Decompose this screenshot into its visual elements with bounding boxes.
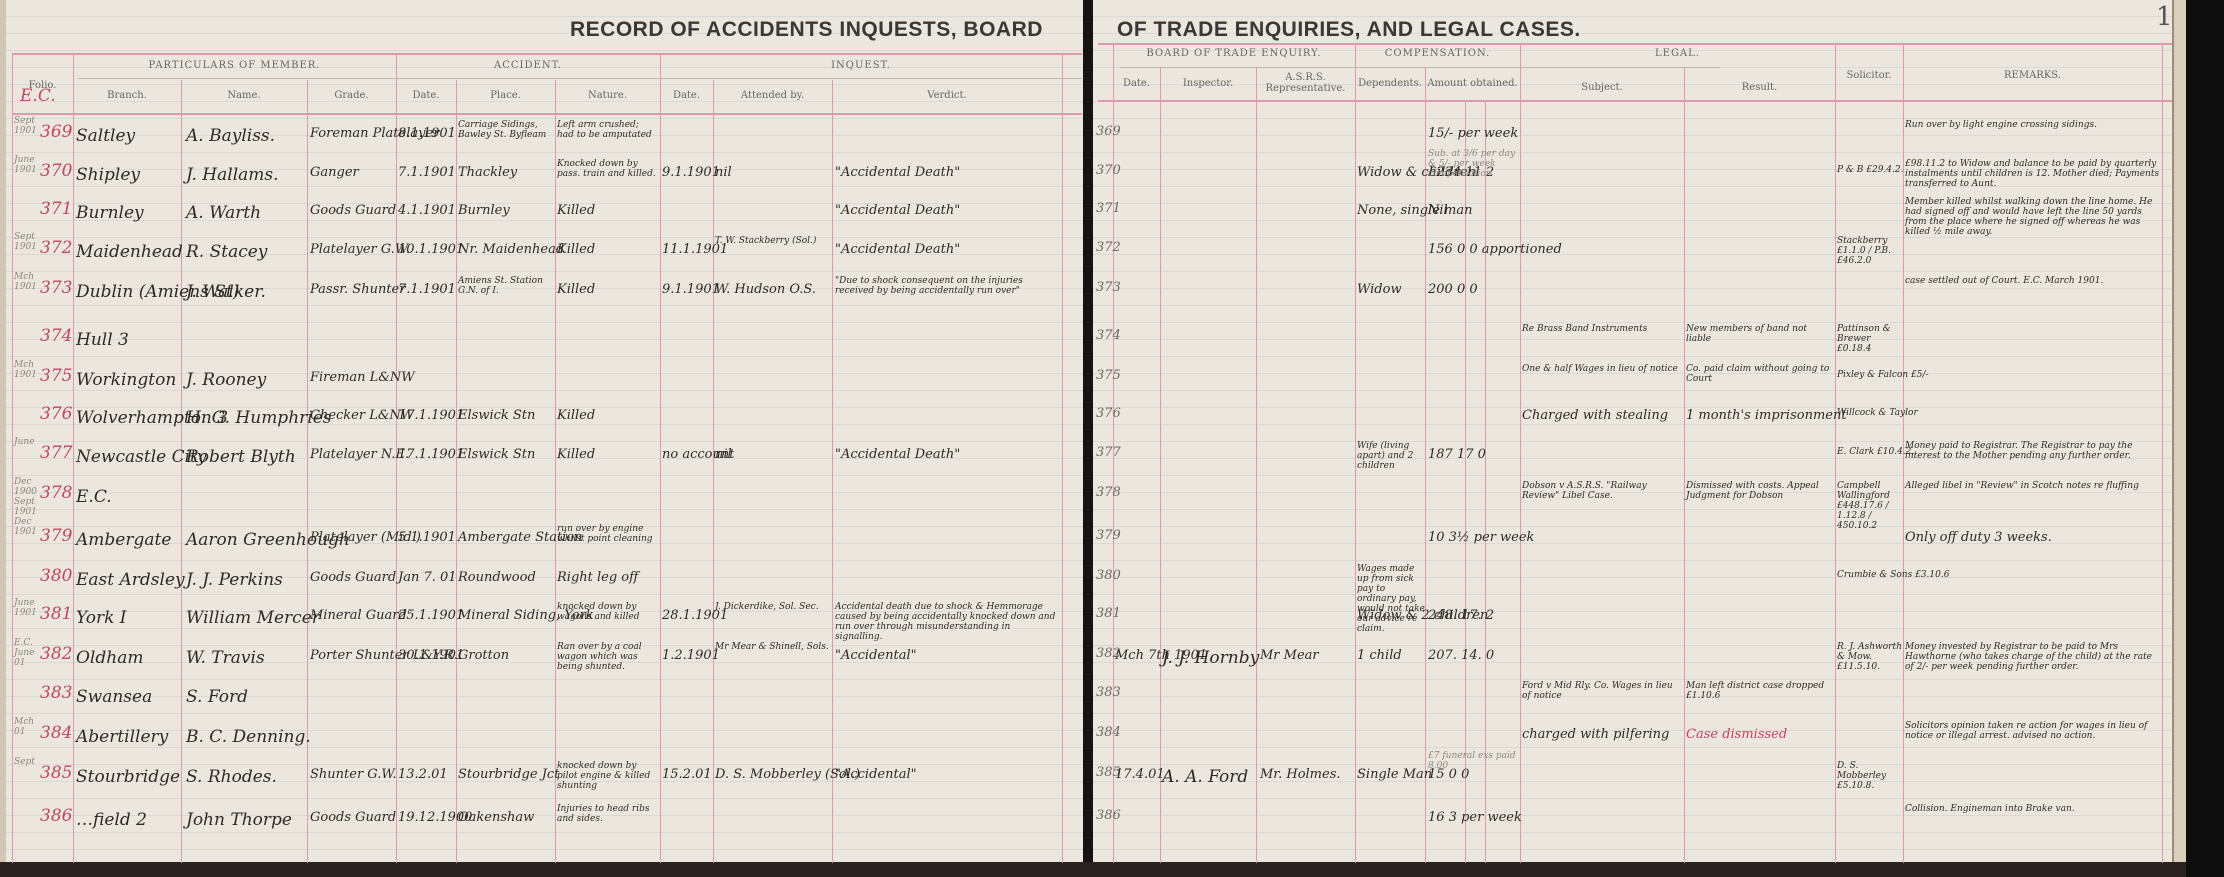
- cell-verdict: "Accidental Death": [835, 447, 960, 462]
- row-folio-number-right: 383: [1096, 685, 1121, 700]
- cell-acc-date: 7.1.1901: [398, 165, 456, 180]
- row-folio-number: 374: [40, 326, 72, 346]
- col-grade: Grade.: [307, 90, 396, 101]
- row-margin-note: Dec 1900 Sept 1901 Dec 1901: [14, 477, 42, 537]
- cell-branch: Stourbridge: [76, 767, 180, 787]
- col-attended-by: Attended by.: [713, 90, 832, 101]
- ledger-title-right: OF TRADE ENQUIRIES, AND LEGAL CASES.: [1117, 18, 1581, 42]
- row-folio-number: 372: [40, 238, 72, 258]
- cell-subject: charged with pilfering: [1522, 727, 1669, 742]
- cell-grade: Mineral Guard: [310, 608, 407, 623]
- header-top-rule-right: [1098, 43, 2172, 45]
- cell-dependents: 1 child: [1357, 648, 1402, 663]
- cell-branch: Abertillery: [76, 727, 168, 747]
- col-name: Name.: [181, 90, 307, 101]
- row-folio-number-right: 370: [1096, 163, 1121, 178]
- col-nature: Nature.: [555, 90, 660, 101]
- col-branch: Branch.: [73, 90, 181, 101]
- col-remarks: REMARKS.: [1903, 70, 2162, 81]
- cell-name: J. J. Perkins: [186, 570, 283, 590]
- cell-result: Dismissed with costs. Appeal Judgment fo…: [1686, 481, 1834, 501]
- header-top-rule: [12, 53, 1082, 55]
- cell-dependents: None, single man: [1357, 203, 1473, 218]
- cell-verdict: "Accidental Death": [835, 242, 960, 257]
- row-folio-number: 385: [40, 763, 72, 783]
- row-folio-number: 379: [40, 526, 72, 546]
- cell-dependents: Wages made up from sick pay to ordinary …: [1357, 564, 1425, 634]
- cell-remarks: Collision. Engineman into Brake van.: [1905, 804, 2160, 814]
- cell-attended-by: T. W. Stackberry (Sol.): [715, 236, 830, 246]
- cell-remarks: Only off duty 3 weeks.: [1905, 530, 2052, 545]
- cell-asrs-rep: Mr. Holmes.: [1260, 767, 1341, 782]
- cell-amount: 16 3 per week: [1428, 810, 1522, 825]
- cell-result: New members of band not liable: [1686, 324, 1834, 344]
- cell-grade: Shunter G.W.: [310, 767, 397, 782]
- book-cover-bottom: [0, 862, 2186, 877]
- cell-amount: Nil: [1428, 203, 1448, 218]
- cell-grade: Ganger: [310, 165, 359, 180]
- cell-subject: Dobson v A.S.R.S. "Railway Review" Libel…: [1522, 481, 1682, 501]
- cell-amount: 15/- per week: [1428, 126, 1518, 141]
- cell-nature: Left arm crushed; had to be amputated: [557, 120, 657, 140]
- group-accident: ACCIDENT.: [396, 60, 660, 71]
- cell-grade: Passr. Shunter: [310, 282, 405, 297]
- group-rule-right: [1120, 67, 1720, 68]
- cell-name: S. Rhodes.: [186, 767, 277, 787]
- cell-result: Co. paid claim without going to Court: [1686, 364, 1834, 384]
- cell-acc-date: 17.1.1901: [398, 447, 464, 462]
- cell-attended-by: J. Dickerdike, Sol. Sec.: [715, 602, 830, 612]
- cell-acc-date: 30.1.1901: [398, 648, 464, 663]
- cell-verdict: "Accidental": [835, 648, 917, 663]
- row-folio-number: 371: [40, 199, 72, 219]
- cell-inq-date: 1.2.1901: [662, 648, 720, 663]
- group-particulars: PARTICULARS OF MEMBER.: [73, 60, 396, 71]
- cell-dependents: Single Man: [1357, 767, 1432, 782]
- cell-acc-date: 17.1.1901: [398, 408, 464, 423]
- cell-branch: Swansea: [76, 687, 152, 707]
- col-amount: Amount obtained.: [1425, 78, 1520, 89]
- book-gutter: [1083, 0, 1093, 866]
- row-folio-number: 369: [40, 122, 72, 142]
- row-folio-number: 382: [40, 644, 72, 664]
- cell-grade: Goods Guard: [310, 570, 396, 585]
- row-margin-note: E.C. June 01: [14, 638, 42, 668]
- cell-branch: Workington: [76, 370, 176, 390]
- cell-inspector: A. A. Ford: [1162, 767, 1248, 787]
- col-place: Place.: [456, 90, 555, 101]
- row-folio-number-right: 377: [1096, 445, 1121, 460]
- cell-inq-date: 9.1.1901: [662, 282, 720, 297]
- cell-name: J. Rooney: [186, 370, 266, 390]
- cell-acc-date: 7.1.1901: [398, 282, 456, 297]
- cell-nature: knocked down by wagons and killed: [557, 602, 657, 622]
- cell-name: J. Hallams.: [186, 165, 279, 185]
- cell-branch: E.C.: [76, 487, 112, 507]
- cell-acc-date: 10.1.1901: [398, 242, 464, 257]
- cell-remarks: case settled out of Court. E.C. March 19…: [1905, 276, 2160, 286]
- cell-nature: knocked down by pilot engine & killed sh…: [557, 761, 657, 791]
- cell-branch: Oldham: [76, 648, 143, 668]
- col-bot-date: Date.: [1113, 78, 1160, 89]
- cell-remarks: Member killed whilst walking down the li…: [1905, 197, 2160, 237]
- cell-remarks: Money invested by Registrar to be paid t…: [1905, 642, 2160, 672]
- row-folio-number-right: 373: [1096, 280, 1121, 295]
- cell-grade: Goods Guard: [310, 203, 396, 218]
- cell-amount-note: Sub. at 3/6 per day & 5/- per week compe…: [1428, 149, 1518, 179]
- cell-subject: Re Brass Band Instruments: [1522, 324, 1682, 334]
- cell-remarks: Alleged libel in "Review" in Scotch note…: [1905, 481, 2160, 491]
- cell-remarks: Money paid to Registrar. The Registrar t…: [1905, 441, 2160, 461]
- row-folio-number: 386: [40, 806, 72, 826]
- row-folio-number-right: 376: [1096, 406, 1121, 421]
- cell-name: A. Warth: [186, 203, 261, 223]
- cell-grade: Platelayer N.E.: [310, 447, 409, 462]
- cell-result: 1 month's imprisonment: [1686, 408, 1847, 423]
- cell-remarks: £98.11.2 to Widow and balance to be paid…: [1905, 159, 2160, 189]
- cell-solicitor: Crumbie & Sons £3.10.6: [1837, 570, 1949, 580]
- row-folio-number-right: 380: [1096, 568, 1121, 583]
- cell-amount-note: £7 funeral exs paid 8.00: [1428, 751, 1518, 771]
- cell-name: B. C. Denning.: [186, 727, 311, 747]
- row-margin-note: June 1901: [14, 598, 42, 618]
- cell-grade: Fireman L&NW: [310, 370, 415, 385]
- row-folio-number-right: 374: [1096, 328, 1121, 343]
- col-verdict: Verdict.: [832, 90, 1062, 101]
- row-folio-number-right: 372: [1096, 240, 1121, 255]
- cell-subject: One & half Wages in lieu of notice: [1522, 364, 1682, 374]
- cell-place: Nr. Maidenhead: [458, 242, 564, 257]
- cell-solicitor: Stackberry £1.1.0 / P.B. £46.2.0: [1837, 236, 1903, 266]
- cell-subject: Ford v Mid Rly. Co. Wages in lieu of not…: [1522, 681, 1682, 701]
- row-folio-number: 378: [40, 483, 72, 503]
- header-bottom-rule-right: [1098, 100, 2172, 102]
- cell-acc-date: 5.1.1901: [398, 530, 456, 545]
- cell-branch: Burnley: [76, 203, 144, 223]
- cell-verdict: "Accidental Death": [835, 203, 960, 218]
- cell-branch: Maidenhead: [76, 242, 183, 262]
- cell-verdict: "Due to shock consequent on the injuries…: [835, 276, 1060, 296]
- cell-solicitor: Pattinson & Brewer £0.18.4: [1837, 324, 1903, 354]
- row-folio-number: 375: [40, 366, 72, 386]
- cell-solicitor: P & B £29.4.2.: [1837, 165, 1903, 175]
- cell-verdict: "Accidental": [835, 767, 917, 782]
- group-rule: [78, 78, 1082, 79]
- folio-marker: E.C.: [20, 86, 56, 106]
- row-folio-number: 370: [40, 161, 72, 181]
- cell-verdict: Accidental death due to shock & Hemmorag…: [835, 602, 1060, 642]
- row-folio-number: 377: [40, 443, 72, 463]
- cell-solicitor: Willcock & Taylor: [1837, 408, 1918, 418]
- cell-asrs-rep: Mr Mear: [1260, 648, 1319, 663]
- cell-place: Burnley: [458, 203, 510, 218]
- cell-amount: 207. 14. 0: [1428, 648, 1494, 663]
- row-folio-number: 381: [40, 604, 72, 624]
- cell-nature: run over by engine whilst point cleaning: [557, 524, 657, 544]
- row-folio-number-right: 384: [1096, 725, 1121, 740]
- row-folio-number-right: 381: [1096, 606, 1121, 621]
- cell-solicitor: D. S. Mobberley £5.10.8.: [1837, 761, 1903, 791]
- row-folio-number-right: 379: [1096, 528, 1121, 543]
- cell-place: Carriage Sidings, Bawley St. Byfleam: [458, 120, 554, 140]
- cell-acc-date: 25.1.1901: [398, 608, 464, 623]
- cell-nature: Killed: [557, 447, 595, 462]
- row-folio-number-right: 375: [1096, 368, 1121, 383]
- cell-nature: Killed: [557, 242, 595, 257]
- row-margin-note: Mch 01: [14, 717, 42, 737]
- row-margin-note: Sept 1901: [14, 232, 42, 252]
- row-margin-note: June 1901: [14, 155, 42, 175]
- cell-inspector: J. J. Hornby: [1162, 648, 1259, 668]
- cell-name: Robert Blyth: [186, 447, 296, 467]
- cell-name: J. Walker.: [186, 282, 266, 302]
- cell-place: Elswick Stn: [458, 408, 535, 423]
- background: [2186, 0, 2224, 877]
- col-dependents: Dependents.: [1355, 78, 1425, 89]
- cell-grade: Platelayer G.W.: [310, 242, 410, 257]
- cell-amount: 200 0 0: [1428, 282, 1478, 297]
- cell-branch: …field 2: [76, 810, 147, 830]
- col-acc-date: Date.: [396, 90, 456, 101]
- row-margin-note: Sept: [14, 757, 42, 767]
- cell-acc-date: 4.1.1901: [398, 203, 456, 218]
- cell-branch: Saltley: [76, 126, 135, 146]
- cell-remarks: Solicitors opinion taken re action for w…: [1905, 721, 2160, 741]
- cell-branch: Shipley: [76, 165, 140, 185]
- page-number: 1: [2156, 2, 2173, 32]
- cell-amount: 10 3½ per week: [1428, 530, 1534, 545]
- cell-place: Elswick Stn: [458, 447, 535, 462]
- cell-bot-date: 17.4.01: [1115, 767, 1165, 782]
- cell-branch: East Ardsley: [76, 570, 185, 590]
- cell-subject: Charged with stealing: [1522, 408, 1668, 423]
- row-margin-note: Mch 1901: [14, 360, 42, 380]
- row-folio-number-right: 386: [1096, 808, 1121, 823]
- cell-attended-by: nil: [715, 165, 732, 180]
- cell-branch: Ambergate: [76, 530, 171, 550]
- cell-nature: Killed: [557, 203, 595, 218]
- cell-solicitor: R. J. Ashworth & Mow. £11.5.10.: [1837, 642, 1903, 672]
- cell-place: Oakenshaw: [458, 810, 534, 825]
- cell-grade: Goods Guard: [310, 810, 396, 825]
- cell-result: Man left district case dropped £1.10.6: [1686, 681, 1834, 701]
- cell-name: William Mercer: [186, 608, 320, 628]
- cell-remarks: Run over by light engine crossing siding…: [1905, 120, 2160, 130]
- col-inq-date: Date.: [660, 90, 713, 101]
- col-asrs-rep: A.S.R.S. Representative.: [1256, 72, 1355, 94]
- col-inspector: Inspector.: [1160, 78, 1256, 89]
- header-bottom-rule: [12, 113, 1082, 115]
- cell-acc-date: 8.1.1901: [398, 126, 456, 141]
- row-folio-number: 373: [40, 278, 72, 298]
- cell-nature: Injuries to head ribs and sides.: [557, 804, 657, 824]
- cell-place: Amiens St. Station G.N. of I.: [458, 276, 554, 296]
- cell-place: Stourbridge Jct: [458, 767, 559, 782]
- cell-nature: Killed: [557, 408, 595, 423]
- cell-nature: Knocked down by pass. train and killed.: [557, 159, 657, 179]
- col-result: Result.: [1684, 82, 1835, 93]
- ledger-title-left: RECORD OF ACCIDENTS INQUESTS, BOARD: [570, 18, 1043, 42]
- row-folio-number: 376: [40, 404, 72, 424]
- cell-branch: York I: [76, 608, 127, 628]
- cell-acc-date: 13.2.01: [398, 767, 448, 782]
- cell-solicitor: Campbell Wallingford £448.17.6 / 1.12.8 …: [1837, 481, 1903, 531]
- group-legal: LEGAL.: [1520, 48, 1835, 59]
- cell-place: Roundwood: [458, 570, 536, 585]
- cell-branch: Hull 3: [76, 330, 129, 350]
- group-board-of-trade: BOARD OF TRADE ENQUIRY.: [1113, 48, 1355, 59]
- cell-name: W. Travis: [186, 648, 265, 668]
- cell-name: John Thorpe: [186, 810, 292, 830]
- cell-acc-date: Jan 7. 01: [398, 570, 457, 585]
- row-folio-number-right: 369: [1096, 124, 1121, 139]
- cell-inq-date: 9.1.1901: [662, 165, 720, 180]
- row-margin-note: Mch 1901: [14, 272, 42, 292]
- col-solicitor: Solicitor.: [1835, 70, 1903, 81]
- col-subject: Subject.: [1520, 82, 1684, 93]
- row-folio-number: 384: [40, 723, 72, 743]
- cell-name: S. Ford: [186, 687, 248, 707]
- cell-attended-by: nil: [715, 447, 732, 462]
- cell-name: R. Stacey: [186, 242, 267, 262]
- cell-verdict: "Accidental Death": [835, 165, 960, 180]
- cell-amount: 156 0 0 apportioned: [1428, 242, 1562, 257]
- page-edges: [2172, 0, 2186, 866]
- cell-solicitor: Pixley & Falcon £5/-: [1837, 370, 1929, 380]
- cell-nature: Ran over by a coal wagon which was being…: [557, 642, 657, 672]
- cell-name: A. Bayliss.: [186, 126, 275, 146]
- cell-place: Thackley: [458, 165, 517, 180]
- group-compensation: COMPENSATION.: [1355, 48, 1520, 59]
- cell-attended-by: W. Hudson O.S.: [715, 282, 816, 297]
- cell-dependents: Wife (living apart) and 2 children: [1357, 441, 1425, 471]
- cell-result: Case dismissed: [1686, 727, 1787, 742]
- row-folio-number-right: 371: [1096, 201, 1121, 216]
- row-margin-note: Sept 1901: [14, 116, 42, 136]
- cell-dependents: Widow: [1357, 282, 1402, 297]
- cell-attended-by: Mr Mear & Shinell, Sols.: [715, 642, 830, 652]
- cell-amount: 187 17 0: [1428, 447, 1486, 462]
- row-folio-number-right: 378: [1096, 485, 1121, 500]
- cell-place: Grotton: [458, 648, 509, 663]
- cell-solicitor: E. Clark £10.4.2.: [1837, 447, 1914, 457]
- group-inquest: INQUEST.: [660, 60, 1062, 71]
- cell-inq-date: 15.2.01: [662, 767, 712, 782]
- cell-nature: Right leg off: [557, 570, 638, 585]
- cell-amount: 248. 17. 2: [1428, 608, 1494, 623]
- row-folio-number: 383: [40, 683, 72, 703]
- row-margin-note: June: [14, 437, 42, 447]
- cell-nature: Killed: [557, 282, 595, 297]
- row-folio-number: 380: [40, 566, 72, 586]
